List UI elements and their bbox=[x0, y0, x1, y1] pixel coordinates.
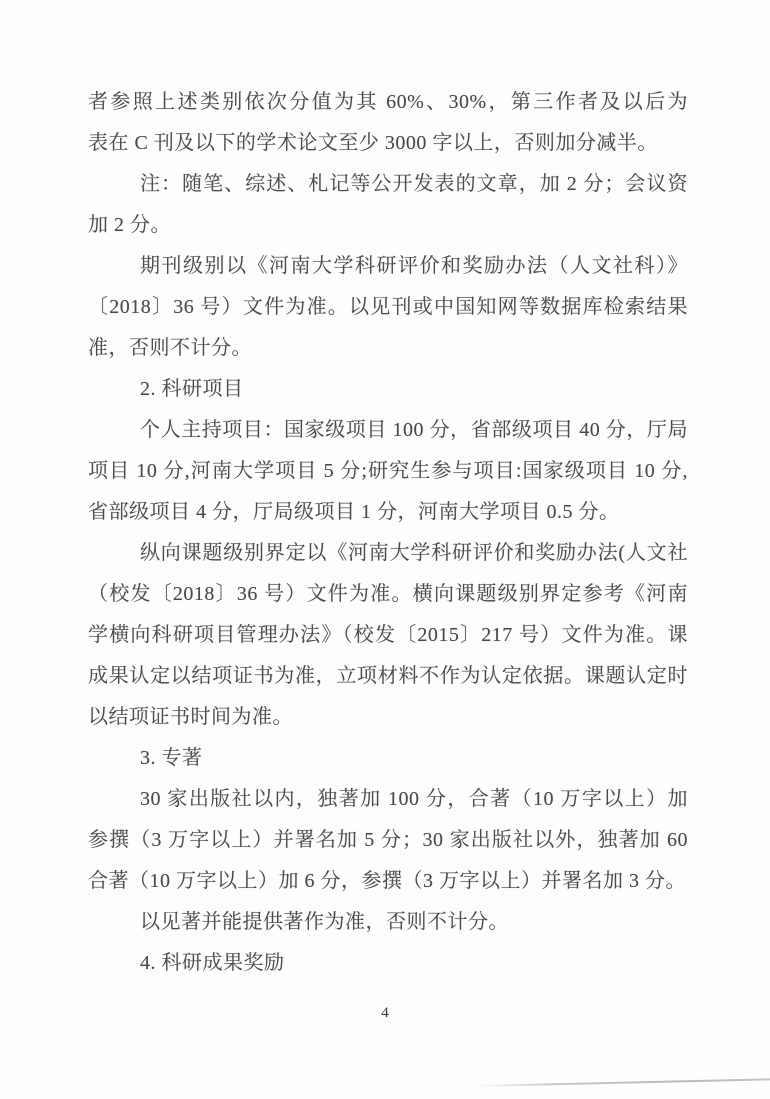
text-line: 学横向科研项目管理办法》（校发〔2015〕217 号）文件为准。课题 bbox=[88, 615, 688, 656]
text-line: 者参照上述类别依次分值为其 60%、30%，第三作者及以后为 10%。发 bbox=[88, 82, 688, 123]
text-line: 〔2018〕36 号）文件为准。以见刊或中国知网等数据库检索结果为 bbox=[88, 287, 688, 328]
scan-artifact bbox=[476, 1078, 770, 1087]
text-line: （校发〔2018〕36 号）文件为准。横向课题级别界定参考《河南大 bbox=[88, 574, 688, 615]
text-line: 以见著并能提供著作为准，否则不计分。 bbox=[88, 902, 688, 943]
text-line: 合著（10 万字以上）加 6 分，参撰（3 万字以上）并署名加 3 分。 bbox=[88, 861, 688, 902]
text-line: 成果认定以结项证书为准，立项材料不作为认定依据。课题认定时间 bbox=[88, 656, 688, 697]
text-line: 个人主持项目：国家级项目 100 分，省部级项目 40 分，厅局级 bbox=[88, 410, 688, 451]
text-line: 纵向课题级别界定以《河南大学科研评价和奖励办法(人文社科)》 bbox=[88, 533, 688, 574]
section-heading-research-awards: 4. 科研成果奖励 bbox=[88, 943, 688, 984]
section-heading-research-projects: 2. 科研项目 bbox=[88, 369, 688, 410]
text-line: 以结项证书时间为准。 bbox=[88, 697, 688, 738]
document-body: 者参照上述类别依次分值为其 60%、30%，第三作者及以后为 10%。发 表在 … bbox=[88, 82, 688, 984]
text-line: 项目 10 分,河南大学项目 5 分;研究生参与项目:国家级项目 10 分, bbox=[88, 451, 688, 492]
note-line: 注：随笔、综述、札记等公开发表的文章，加 2 分；会议资讯类 bbox=[88, 164, 688, 205]
text-line: 表在 C 刊及以下的学术论文至少 3000 字以上，否则加分减半。 bbox=[88, 123, 688, 164]
text-line: 30 家出版社以内，独著加 100 分，合著（10 万字以上）加 10 分， bbox=[88, 779, 688, 820]
text-line: 准，否则不计分。 bbox=[88, 328, 688, 369]
text-line: 参撰（3 万字以上）并署名加 5 分；30 家出版社以外，独著加 60 分， bbox=[88, 820, 688, 861]
text-line: 期刊级别以《河南大学科研评价和奖励办法（人文社科）》（校发 bbox=[88, 246, 688, 287]
text-line: 省部级项目 4 分，厅局级项目 1 分，河南大学项目 0.5 分。 bbox=[88, 492, 688, 533]
page-number: 4 bbox=[0, 1005, 770, 1022]
document-page: 者参照上述类别依次分值为其 60%、30%，第三作者及以后为 10%。发 表在 … bbox=[0, 0, 770, 1099]
text-line: 加 2 分。 bbox=[88, 205, 688, 246]
section-heading-monographs: 3. 专著 bbox=[88, 738, 688, 779]
